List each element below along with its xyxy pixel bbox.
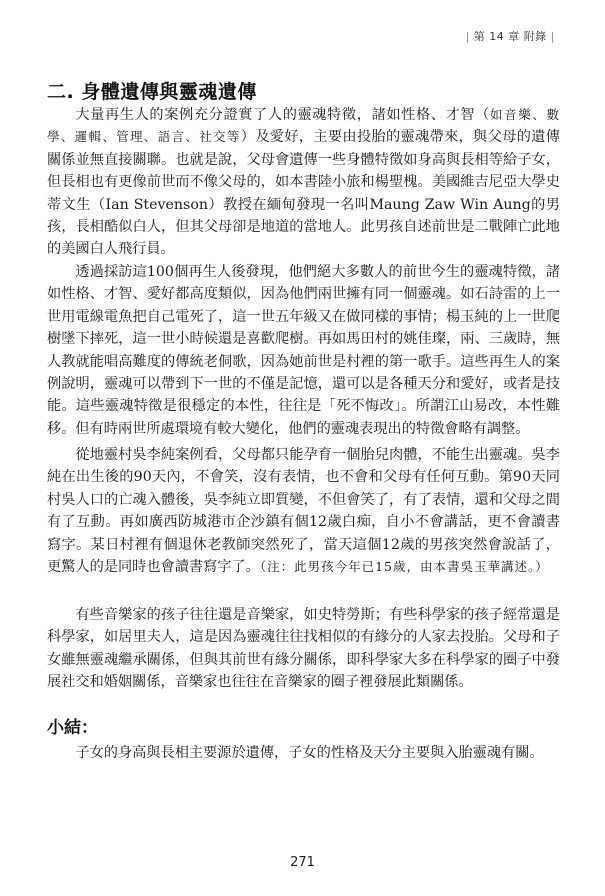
header-separator-right: |: [547, 30, 559, 43]
section-title: 二. 身體遺傳與靈魂遺傳: [47, 77, 257, 104]
page-number: 271: [0, 855, 605, 870]
paragraph-2: 透過採訪這100個再生人後發現，他們絕大多數人的前世今生的靈魂特徵，諸如性格、才…: [47, 261, 560, 440]
chapter-label: 第 14 章 附錄: [474, 30, 547, 43]
paragraph-text: 透過採訪這100個再生人後發現，他們絕大多數人的前世今生的靈魂特徵，諸如性格、才…: [47, 264, 560, 437]
paragraph-text: 從地靈村吳李純案例看，父母都只能孕育一個胎兒肉體，不能生出靈魂。吳李純在出生後的…: [47, 447, 560, 575]
paragraph-text: 大量再生人的案例充分證實了人的靈魂特徵，諸如性格、才智（: [75, 107, 490, 123]
paragraph-4: 有些音樂家的孩子往往還是音樂家，如史特勞斯；有些科學家的孩子經常還是科學家，如居…: [47, 604, 560, 694]
running-header: |第 14 章 附錄|: [462, 28, 559, 44]
paragraph-1: 大量再生人的案例充分證實了人的靈魂特徵，諸如性格、才智（如音樂、數學、邏輯、管理…: [47, 104, 560, 261]
paragraph-3: 從地靈村吳李純案例看，父母都只能孕育一個胎兒肉體，不能生出靈魂。吳李純在出生後的…: [47, 444, 560, 578]
summary-text: 子女的身高與長相主要源於遺傳，子女的性格及天分主要與入胎靈魂有關。: [47, 742, 560, 764]
header-separator-left: |: [462, 30, 474, 43]
paragraph-text: ）及愛好，主要由投胎的靈魂帶來，與父母的遺傳關係並無直接關聯。也就是說，父母會遺…: [47, 129, 560, 257]
paragraph-note: （注：此男孩今年已15歲，由本書吳玉華講述。）: [260, 559, 549, 574]
paragraph-text: 有些音樂家的孩子往往還是音樂家，如史特勞斯；有些科學家的孩子經常還是科學家，如居…: [47, 607, 560, 690]
summary-title: 小結：: [47, 713, 98, 738]
